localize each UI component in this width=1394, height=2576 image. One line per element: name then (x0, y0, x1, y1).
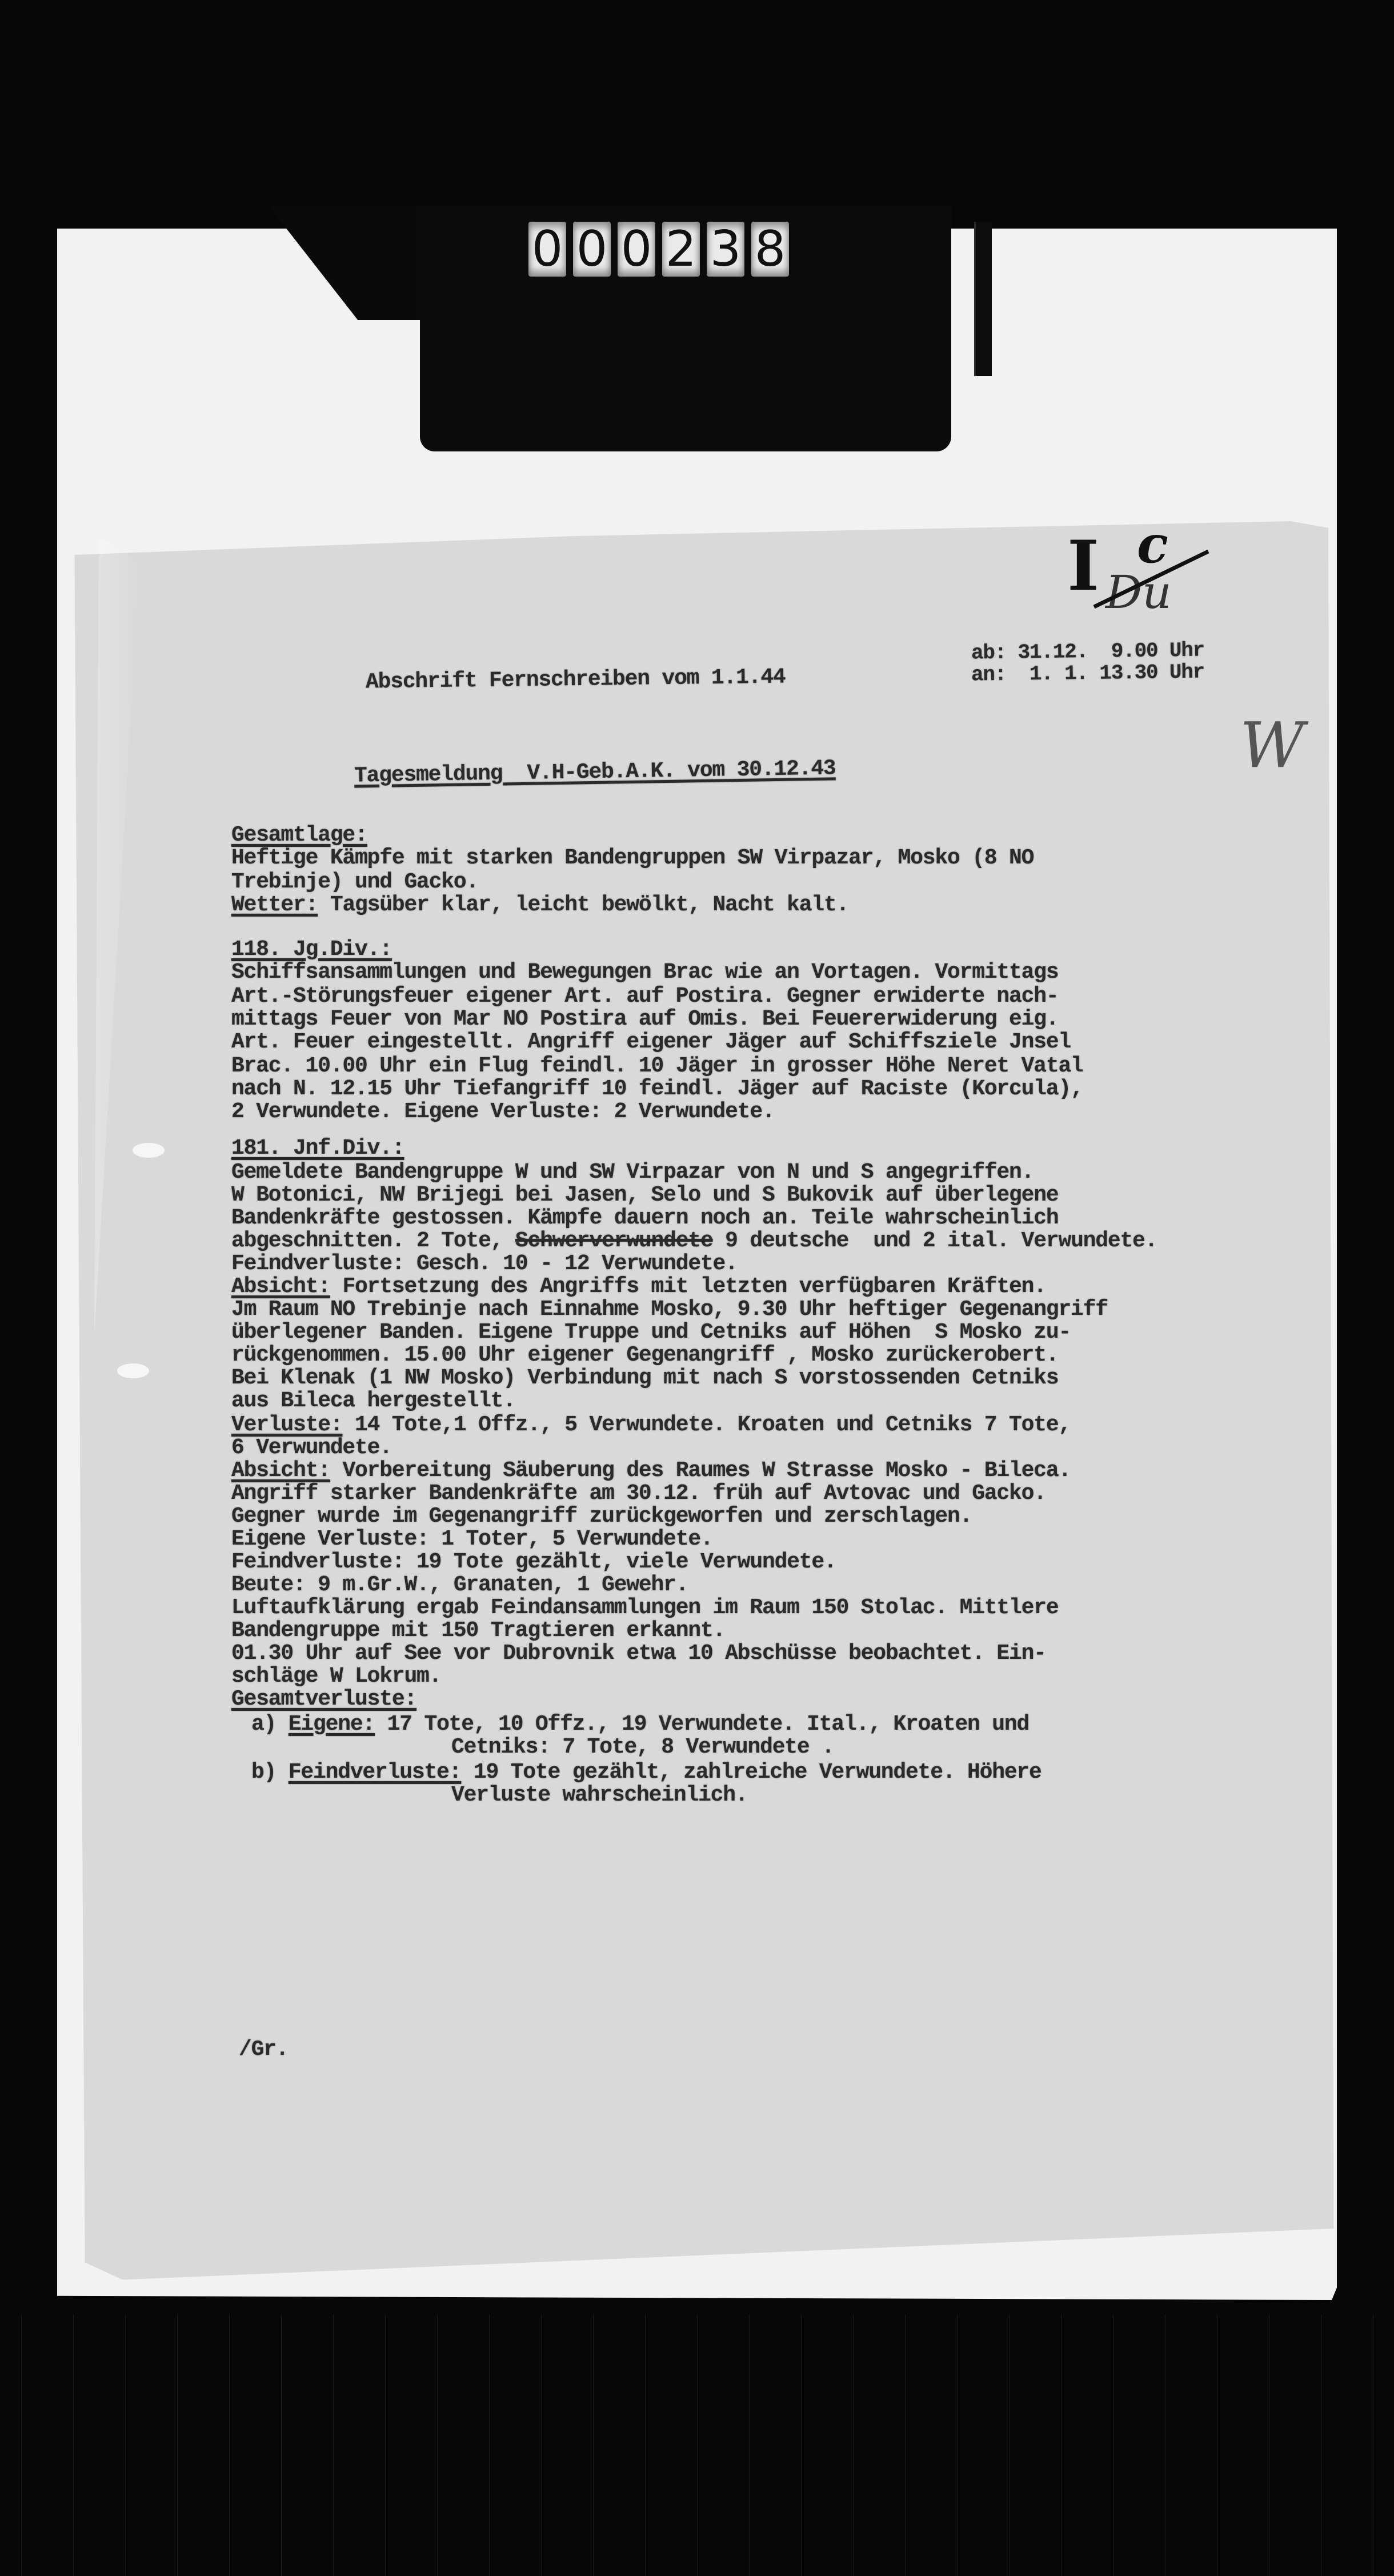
text-line: Cetniks: 7 Tote, 8 Verwundete . (451, 1735, 834, 1759)
text-line: aus Bileca hergestellt. (231, 1389, 515, 1413)
losses-text: 14 Tote,1 Offz., 5 Verwundete. Kroaten u… (342, 1413, 1071, 1437)
counter-digit: 0 (573, 222, 611, 277)
enemy-losses-label: Feindverluste: (289, 1760, 461, 1785)
text-line: Art. Feuer eingestellt. Angriff eigener … (231, 1030, 1071, 1054)
text-line: Luftaufklärung ergab Feindansammlungen i… (231, 1595, 1058, 1620)
text-line: Brac. 10.00 Uhr ein Flug feindl. 10 Jäge… (231, 1054, 1083, 1078)
counter-digit: 2 (662, 222, 700, 277)
list-marker: b) (251, 1760, 289, 1785)
own-losses-text: 17 Tote, 10 Offz., 19 Verwundete. Ital.,… (375, 1712, 1029, 1737)
counter-digit: 0 (618, 222, 655, 277)
text-line: Beute: 9 m.Gr.W., Granaten, 1 Gewehr. (231, 1573, 688, 1597)
text-line: mittags Feuer von Mar NO Postira auf Omi… (231, 1007, 1058, 1031)
list-marker: a) (251, 1712, 289, 1737)
text-line: Feindverluste: Gesch. 10 - 12 Verwundete… (231, 1251, 738, 1276)
intent-line: Absicht: Fortsetzung des Angriffs mit le… (231, 1274, 1046, 1299)
text-line: Bandengruppe mit 150 Tragtieren erkannt. (231, 1618, 725, 1643)
text-line: Bei Klenak (1 NW Mosko) Verbindung mit n… (231, 1366, 1058, 1390)
handwritten-w: W (1240, 709, 1304, 782)
text-fragment: abgeschnitten. 2 Tote, (231, 1229, 515, 1253)
text-line: Bandenkräfte gestossen. Kämpfe dauern no… (231, 1206, 1058, 1230)
text-line: Heftige Kämpfe mit starken Bandengruppen… (231, 846, 1034, 870)
text-line: schläge W Lokrum. (231, 1664, 441, 1689)
text-line: rückgenommen. 15.00 Uhr eigener Gegenang… (231, 1343, 1058, 1367)
weather-text: Tagsüber klar, leicht bewölkt, Nacht kal… (318, 893, 848, 917)
own-losses-line: a) Eigene: 17 Tote, 10 Offz., 19 Verwund… (251, 1712, 1029, 1737)
text-line: abgeschnitten. 2 Tote, Schwerverwundete … (231, 1229, 1157, 1253)
text-line: überlegener Banden. Eigene Truppe und Ce… (231, 1320, 1071, 1345)
text-line: nach N. 12.15 Uhr Tiefangriff 10 feindl.… (231, 1077, 1083, 1101)
intent-line: Absicht: Vorbereitung Säuberung des Raum… (231, 1458, 1071, 1483)
text-line: Feindverluste: 19 Tote gezählt, viele Ve… (231, 1550, 836, 1574)
text-line: Trebinje) und Gacko. (231, 870, 478, 894)
text-line: 2 Verwundete. Eigene Verluste: 2 Verwund… (231, 1099, 775, 1124)
text-line: W Botonici, NW Brijegi bei Jasen, Selo u… (231, 1183, 1058, 1207)
losses-line: Verluste: 14 Tote,1 Offz., 5 Verwundete.… (231, 1413, 1071, 1437)
own-losses-label: Eigene: (289, 1712, 375, 1737)
punch-hole (117, 1363, 149, 1378)
enemy-losses-text: 19 Tote gezählt, zahlreiche Verwundete. … (461, 1760, 1041, 1785)
text-line: Jm Raum NO Trebinje nach Einnahme Mosko,… (231, 1297, 1108, 1322)
intent-label: Absicht: (231, 1274, 330, 1299)
text-line: Eigene Verluste: 1 Toter, 5 Verwundete. (231, 1527, 713, 1551)
intent-text: Vorbereitung Säuberung des Raumes W Stra… (330, 1458, 1071, 1483)
losses-label: Verluste: (231, 1413, 342, 1437)
strike-through-mark (1091, 549, 1211, 611)
section-heading-118-div: 118. Jg.Div.: (231, 937, 392, 962)
counter-digit: 8 (751, 222, 789, 277)
film-background (0, 2314, 1394, 2576)
text-line: Schiffsansammlungen und Bewegungen Brac … (231, 960, 1058, 985)
text-line: Verluste wahrscheinlich. (451, 1783, 748, 1807)
counter-digit: 3 (707, 222, 744, 277)
received-time: an: 1. 1. 13.30 Uhr (971, 662, 1205, 686)
section-heading-181-div: 181. Jnf.Div.: (231, 1136, 404, 1161)
section-heading-total-losses: Gesamtverluste: (231, 1687, 416, 1711)
intent-text: Fortsetzung des Angriffs mit letzten ver… (330, 1274, 1046, 1299)
text-line: Gegner wurde im Gegenangriff zurückgewor… (231, 1504, 972, 1529)
counter-digit: 0 (528, 222, 566, 277)
section-heading-gesamtlage: Gesamtlage: (231, 823, 367, 847)
weather-line: Wetter: Tagsüber klar, leicht bewölkt, N… (231, 893, 848, 917)
text-line: 6 Verwundete. (231, 1435, 392, 1460)
struck-word: Schwerverwundete (515, 1229, 713, 1253)
copy-header: Abschrift Fernschreiben vom 1.1.44 (366, 665, 786, 695)
counter-digits: 0 0 0 2 3 8 (528, 222, 789, 277)
text-line: Art.-Störungsfeuer eigener Art. auf Post… (231, 984, 1058, 1009)
text-line: Gemeldete Bandengruppe W und SW Virpazar… (231, 1160, 1034, 1185)
intent-label: Absicht: (231, 1458, 330, 1483)
typist-signature: /Gr. (239, 2037, 288, 2062)
enemy-losses-line: b) Feindverluste: 19 Tote gezählt, zahlr… (251, 1760, 1042, 1785)
text-fragment: 9 deutsche und 2 ital. Verwundete. (713, 1229, 1157, 1253)
punch-hole (133, 1143, 165, 1158)
counter-knob (974, 222, 992, 376)
text-line: 01.30 Uhr auf See vor Dubrovnik etwa 10 … (231, 1641, 1046, 1666)
weather-label: Wetter: (231, 893, 318, 917)
text-line: Angriff starker Bandenkräfte am 30.12. f… (231, 1481, 1046, 1506)
